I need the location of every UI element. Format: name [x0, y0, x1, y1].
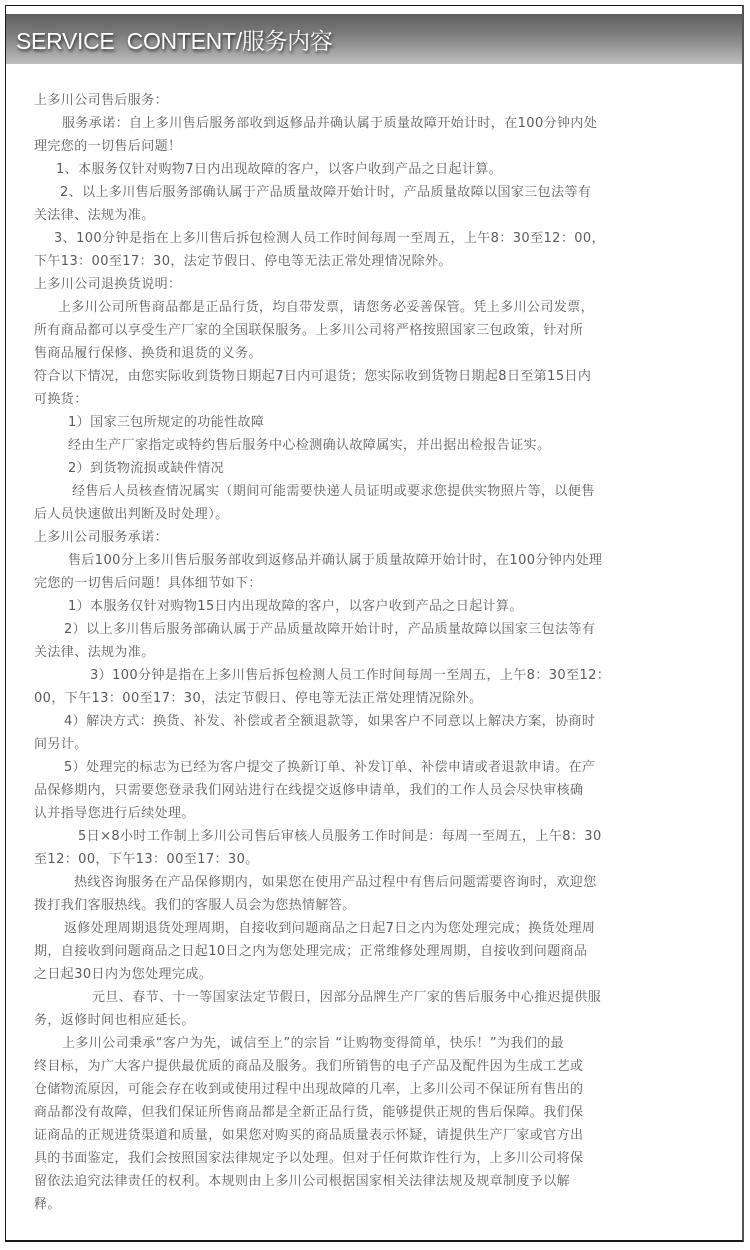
- text-line: 上多川公司秉承“客户为先，诚信至上”的宗旨 “让购物变得简单，快乐！”为我们的最: [34, 1032, 724, 1055]
- text-line: 关法律、法规为准。: [34, 641, 724, 664]
- text-line: 至12：00，下午13：00至17：30。: [34, 848, 724, 871]
- text-line: 3、100分钟是指在上多川售后拆包检测人员工作时间每周一至周五，上午8：30至1…: [34, 227, 724, 250]
- text-line: 2、以上多川售后服务部确认属于产品质量故障开始计时，产品质量故障以国家三包法等有: [34, 181, 724, 204]
- text-line: 00，下午13：00至17：30，法定节假日、停电等无法正常处理情况除外。: [34, 687, 724, 710]
- text-line: 1）本服务仅针对购物15日内出现故障的客户，以客户收到产品之日起计算。: [34, 595, 724, 618]
- text-line: 期，自接收到问题商品之日起10日之内为您处理完成；正常维修处理周期，自接收到问题…: [34, 940, 724, 963]
- text-line: 可换货：: [34, 388, 724, 411]
- text-line: 务，返修时间也相应延长。: [34, 1009, 724, 1032]
- text-line: 服务承诺：自上多川售后服务部收到返修品并确认属于质量故障开始计时，在100分钟内…: [34, 112, 724, 135]
- text-line: 售后100分上多川售后服务部收到返修品并确认属于质量故障开始计时，在100分钟内…: [34, 549, 724, 572]
- text-line: 仓储物流原因，可能会存在收到或使用过程中出现故障的几率，上多川公司不保证所有售出…: [34, 1078, 724, 1101]
- text-line: 关法律、法规为准。: [34, 204, 724, 227]
- service-content-panel: SERVICE CONTENT/服务内容 上多川公司售后服务：服务承诺：自上多川…: [5, 5, 744, 1242]
- text-line: 2）以上多川售后服务部确认属于产品质量故障开始计时，产品质量故障以国家三包法等有: [34, 618, 724, 641]
- text-line: 元旦、春节、十一等国家法定节假日，因部分品牌生产厂家的售后服务中心推迟提供服: [34, 986, 724, 1009]
- service-content-body: 上多川公司售后服务：服务承诺：自上多川售后服务部收到返修品并确认属于质量故障开始…: [34, 89, 724, 1216]
- text-line: 理完您的一切售后问题！: [34, 135, 724, 158]
- text-line: 释。: [34, 1193, 724, 1216]
- text-line: 2）到货物流损或缺件情况: [34, 457, 724, 480]
- text-line: 后人员快速做出判断及时处理）。: [34, 503, 724, 526]
- text-line: 间另计。: [34, 733, 724, 756]
- text-line: 完您的一切售后问题！具体细节如下：: [34, 572, 724, 595]
- text-line: 上多川公司所售商品都是正品行货，均自带发票，请您务必妥善保管。凭上多川公司发票，: [34, 296, 724, 319]
- text-line: 之日起30日内为您处理完成。: [34, 963, 724, 986]
- text-line: 返修处理周期退货处理周期，自接收到问题商品之日起7日之内为您处理完成；换货处理周: [34, 917, 724, 940]
- text-line: 3）100分钟是指在上多川售后拆包检测人员工作时间每周一至周五，上午8：30至1…: [34, 664, 724, 687]
- text-line: 所有商品都可以享受生产厂家的全国联保服务。上多川公司将严格按照国家三包政策，针对…: [34, 319, 724, 342]
- text-line: 4）解决方式：换货、补发、补偿或者全额退款等，如果客户不同意以上解决方案，协商时: [34, 710, 724, 733]
- text-line: 5日×8小时工作制上多川公司售后审核人员服务工作时间是：每周一至周五，上午8：3…: [34, 825, 724, 848]
- text-line: 售商品履行保修、换货和退货的义务。: [34, 342, 724, 365]
- text-line: 留依法追究法律责任的权利。本规则由上多川公司根据国家相关法律法规及规章制度予以解: [34, 1170, 724, 1193]
- text-line: 证商品的正规进货渠道和质量，如果您对购买的商品质量表示怀疑，请提供生产厂家或官方…: [34, 1124, 724, 1147]
- text-line: 具的书面鉴定，我们会按照国家法律规定予以处理。但对于任何欺诈性行为，上多川公司将…: [34, 1147, 724, 1170]
- text-line: 符合以下情况，由您实际收到货物日期起7日内可退货；您实际收到货物日期起8日至第1…: [34, 365, 724, 388]
- text-line: 品保修期内，只需要您登录我们网站进行在线提交返修申请单，我们的工作人员会尽快审核…: [34, 779, 724, 802]
- text-line: 5）处理完的标志为已经为客户提交了换新订单、补发订单、补偿申请或者退款申请。在产: [34, 756, 724, 779]
- text-line: 1）国家三包所规定的功能性故障: [34, 411, 724, 434]
- text-line: 下午13：00至17：30，法定节假日、停电等无法正常处理情况除外。: [34, 250, 724, 273]
- section-title: SERVICE CONTENT/服务内容: [16, 23, 333, 56]
- text-line: 上多川公司售后服务：: [34, 89, 724, 112]
- text-line: 1、本服务仅针对购物7日内出现故障的客户，以客户收到产品之日起计算。: [34, 158, 724, 181]
- section-header-bar: SERVICE CONTENT/服务内容: [6, 14, 742, 64]
- text-line: 终目标，为广大客户提供最优质的商品及服务。我们所销售的电子产品及配件因为生成工艺…: [34, 1055, 724, 1078]
- text-line: 经由生产厂家指定或特约售后服务中心检测确认故障属实，并出据出检报告证实。: [34, 434, 724, 457]
- text-line: 经售后人员核查情况属实（期间可能需要快递人员证明或要求您提供实物照片等，以便售: [34, 480, 724, 503]
- text-line: 上多川公司服务承诺：: [34, 526, 724, 549]
- text-line: 认并指导您进行后续处理。: [34, 802, 724, 825]
- text-line: 上多川公司退换货说明：: [34, 273, 724, 296]
- text-line: 热线咨询服务在产品保修期内，如果您在使用产品过程中有售后问题需要咨询时，欢迎您: [34, 871, 724, 894]
- text-line: 拨打我们客服热线。我们的客服人员会为您热情解答。: [34, 894, 724, 917]
- text-line: 商品都没有故障，但我们保证所售商品都是全新正品行货，能够提供正规的售后保障。我们…: [34, 1101, 724, 1124]
